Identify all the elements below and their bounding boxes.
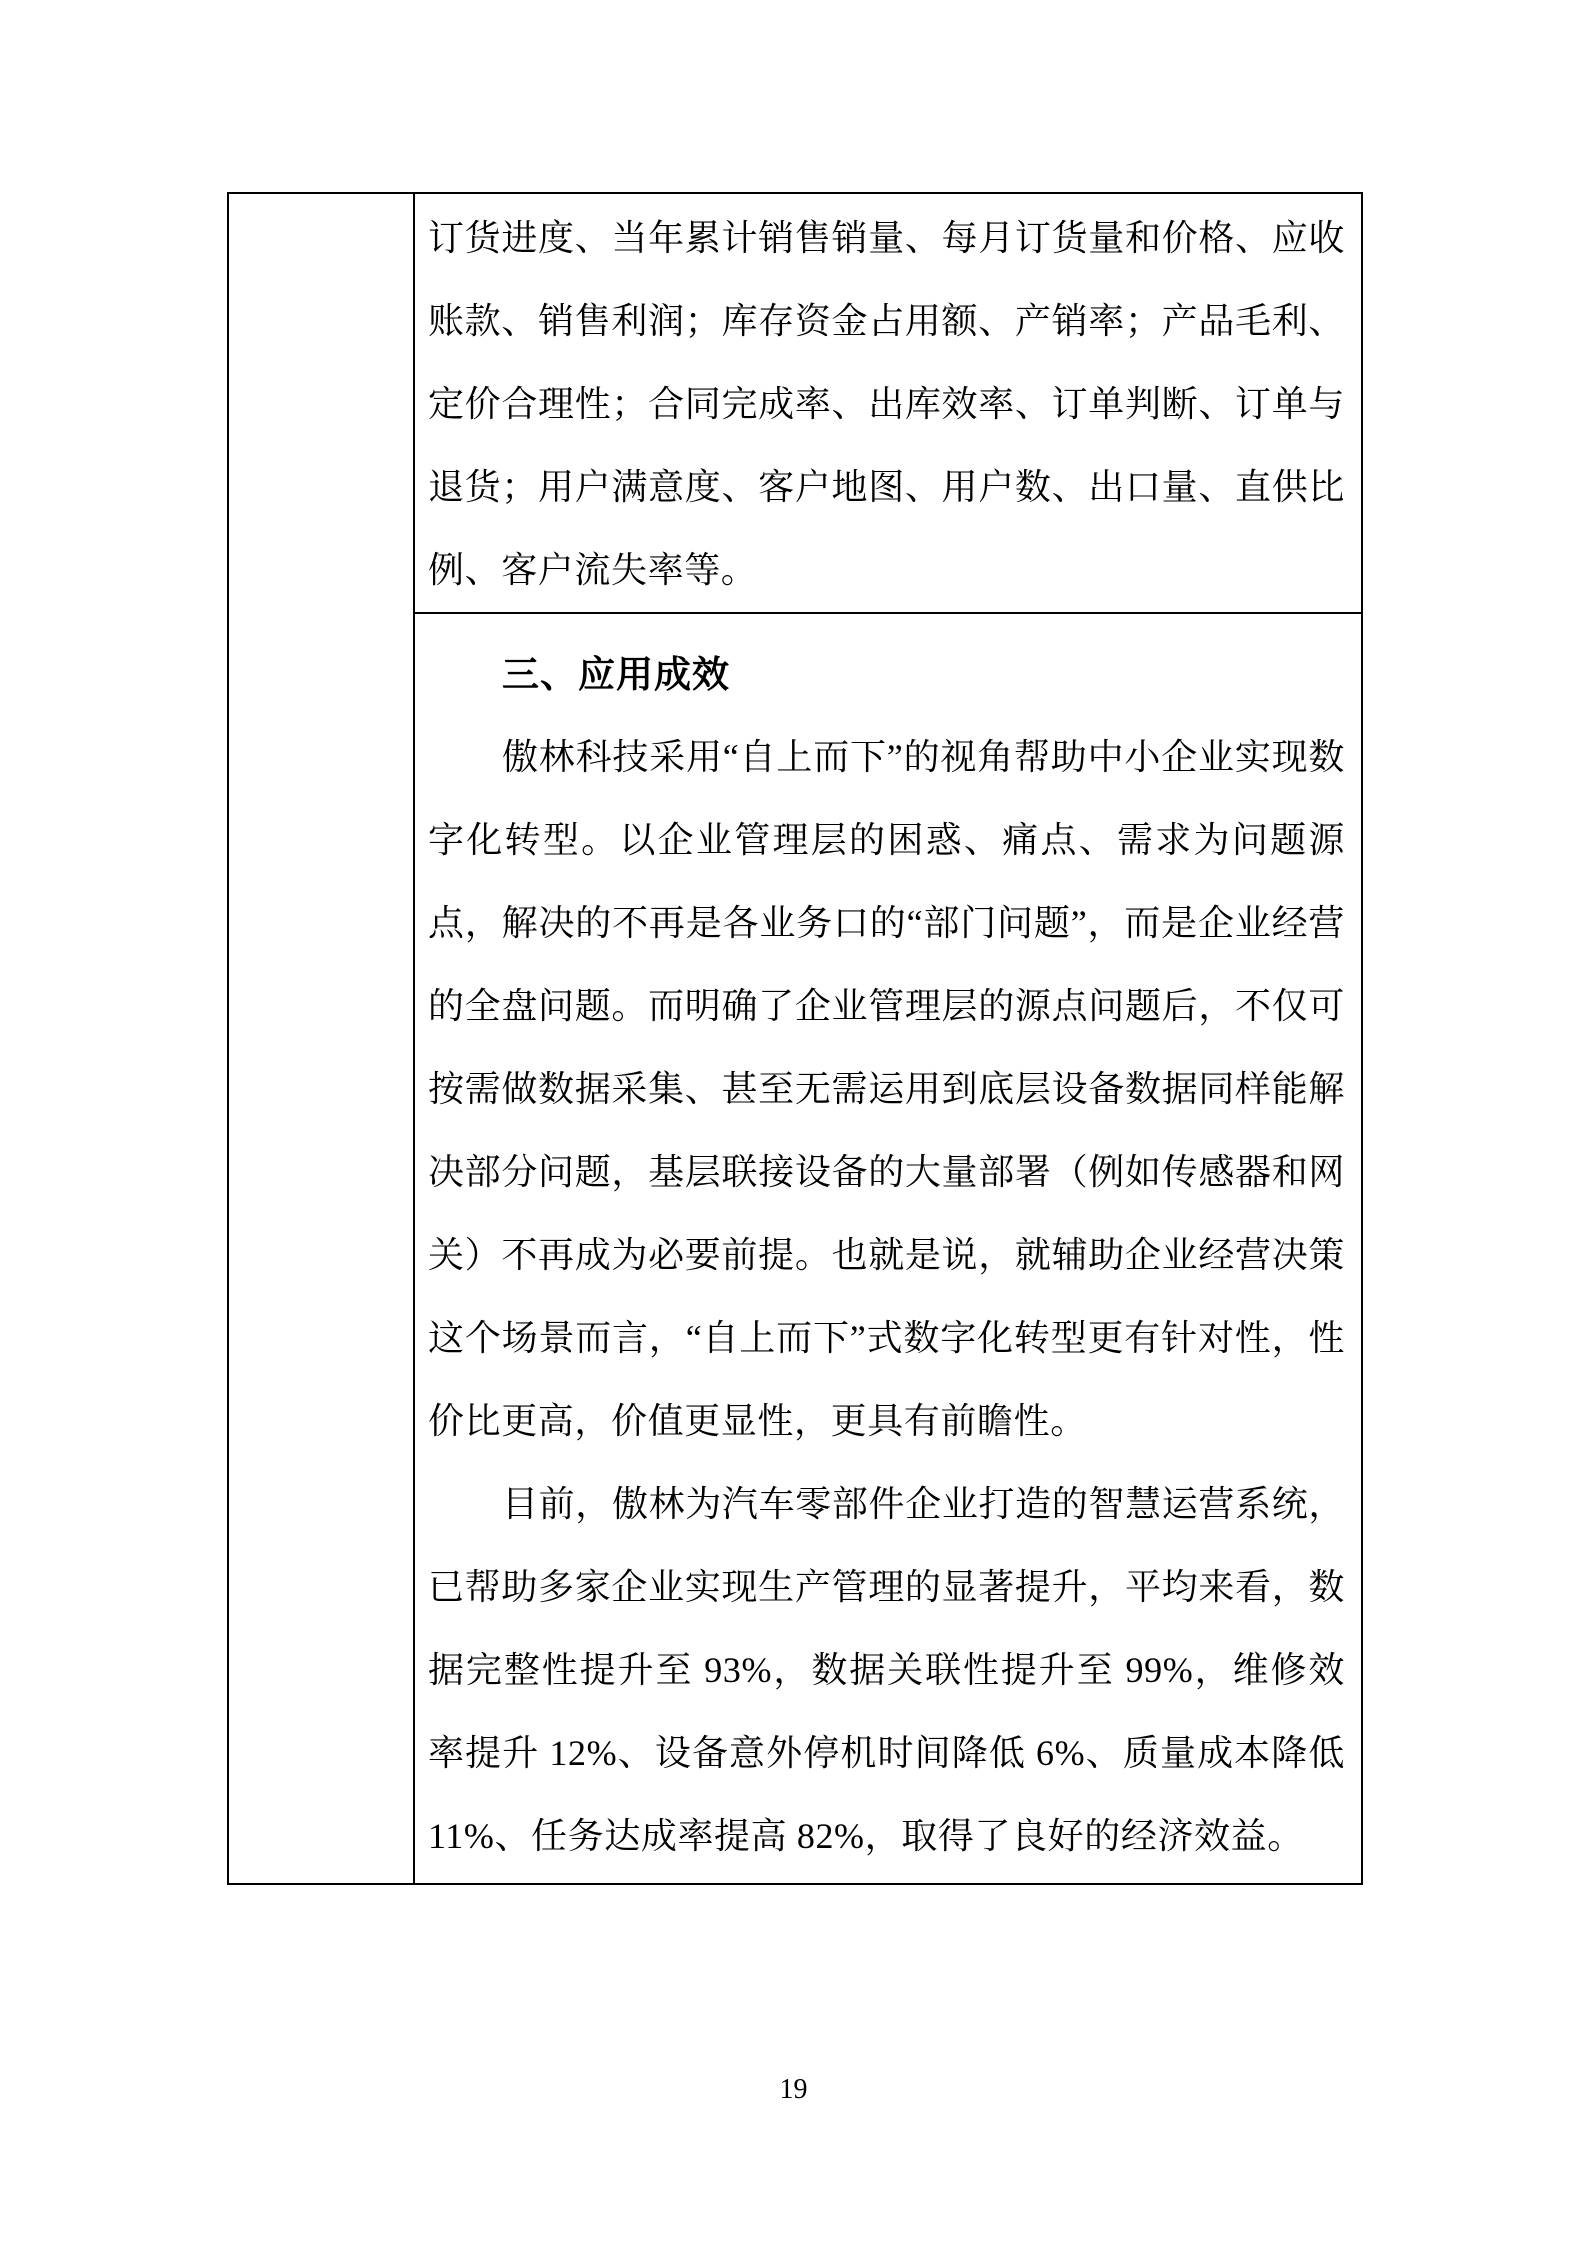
table-cell-continued-paragraph: 订货进度、当年累计销售销量、每月订货量和价格、应收账款、销售利润；库存资金占用额… bbox=[414, 193, 1362, 613]
table-cell-section-content: 三、应用成效 傲林科技采用“自上而下”的视角帮助中小企业实现数字化转型。以企业管… bbox=[414, 613, 1362, 1884]
content-table-body: 订货进度、当年累计销售销量、每月订货量和价格、应收账款、销售利润；库存资金占用额… bbox=[228, 193, 1362, 1884]
table-cell-left-empty bbox=[228, 193, 414, 1884]
content-table: 订货进度、当年累计销售销量、每月订货量和价格、应收账款、销售利润；库存资金占用额… bbox=[227, 192, 1363, 1885]
page-number: 19 bbox=[0, 2073, 1587, 2107]
table-row: 订货进度、当年累计销售销量、每月订货量和价格、应收账款、销售利润；库存资金占用额… bbox=[228, 193, 1362, 613]
section-paragraph-2: 目前，傲林为汽车零部件企业打造的智慧运营系统，已帮助多家企业实现生产管理的显著提… bbox=[428, 1463, 1345, 1878]
continued-paragraph-text: 订货进度、当年累计销售销量、每月订货量和价格、应收账款、销售利润；库存资金占用额… bbox=[428, 197, 1345, 612]
section-paragraph-1: 傲林科技采用“自上而下”的视角帮助中小企业实现数字化转型。以企业管理层的困惑、痛… bbox=[428, 716, 1345, 1463]
document-page: 订货进度、当年累计销售销量、每月订货量和价格、应收账款、销售利润；库存资金占用额… bbox=[0, 0, 1587, 2245]
section-heading: 三、应用成效 bbox=[428, 633, 1345, 716]
